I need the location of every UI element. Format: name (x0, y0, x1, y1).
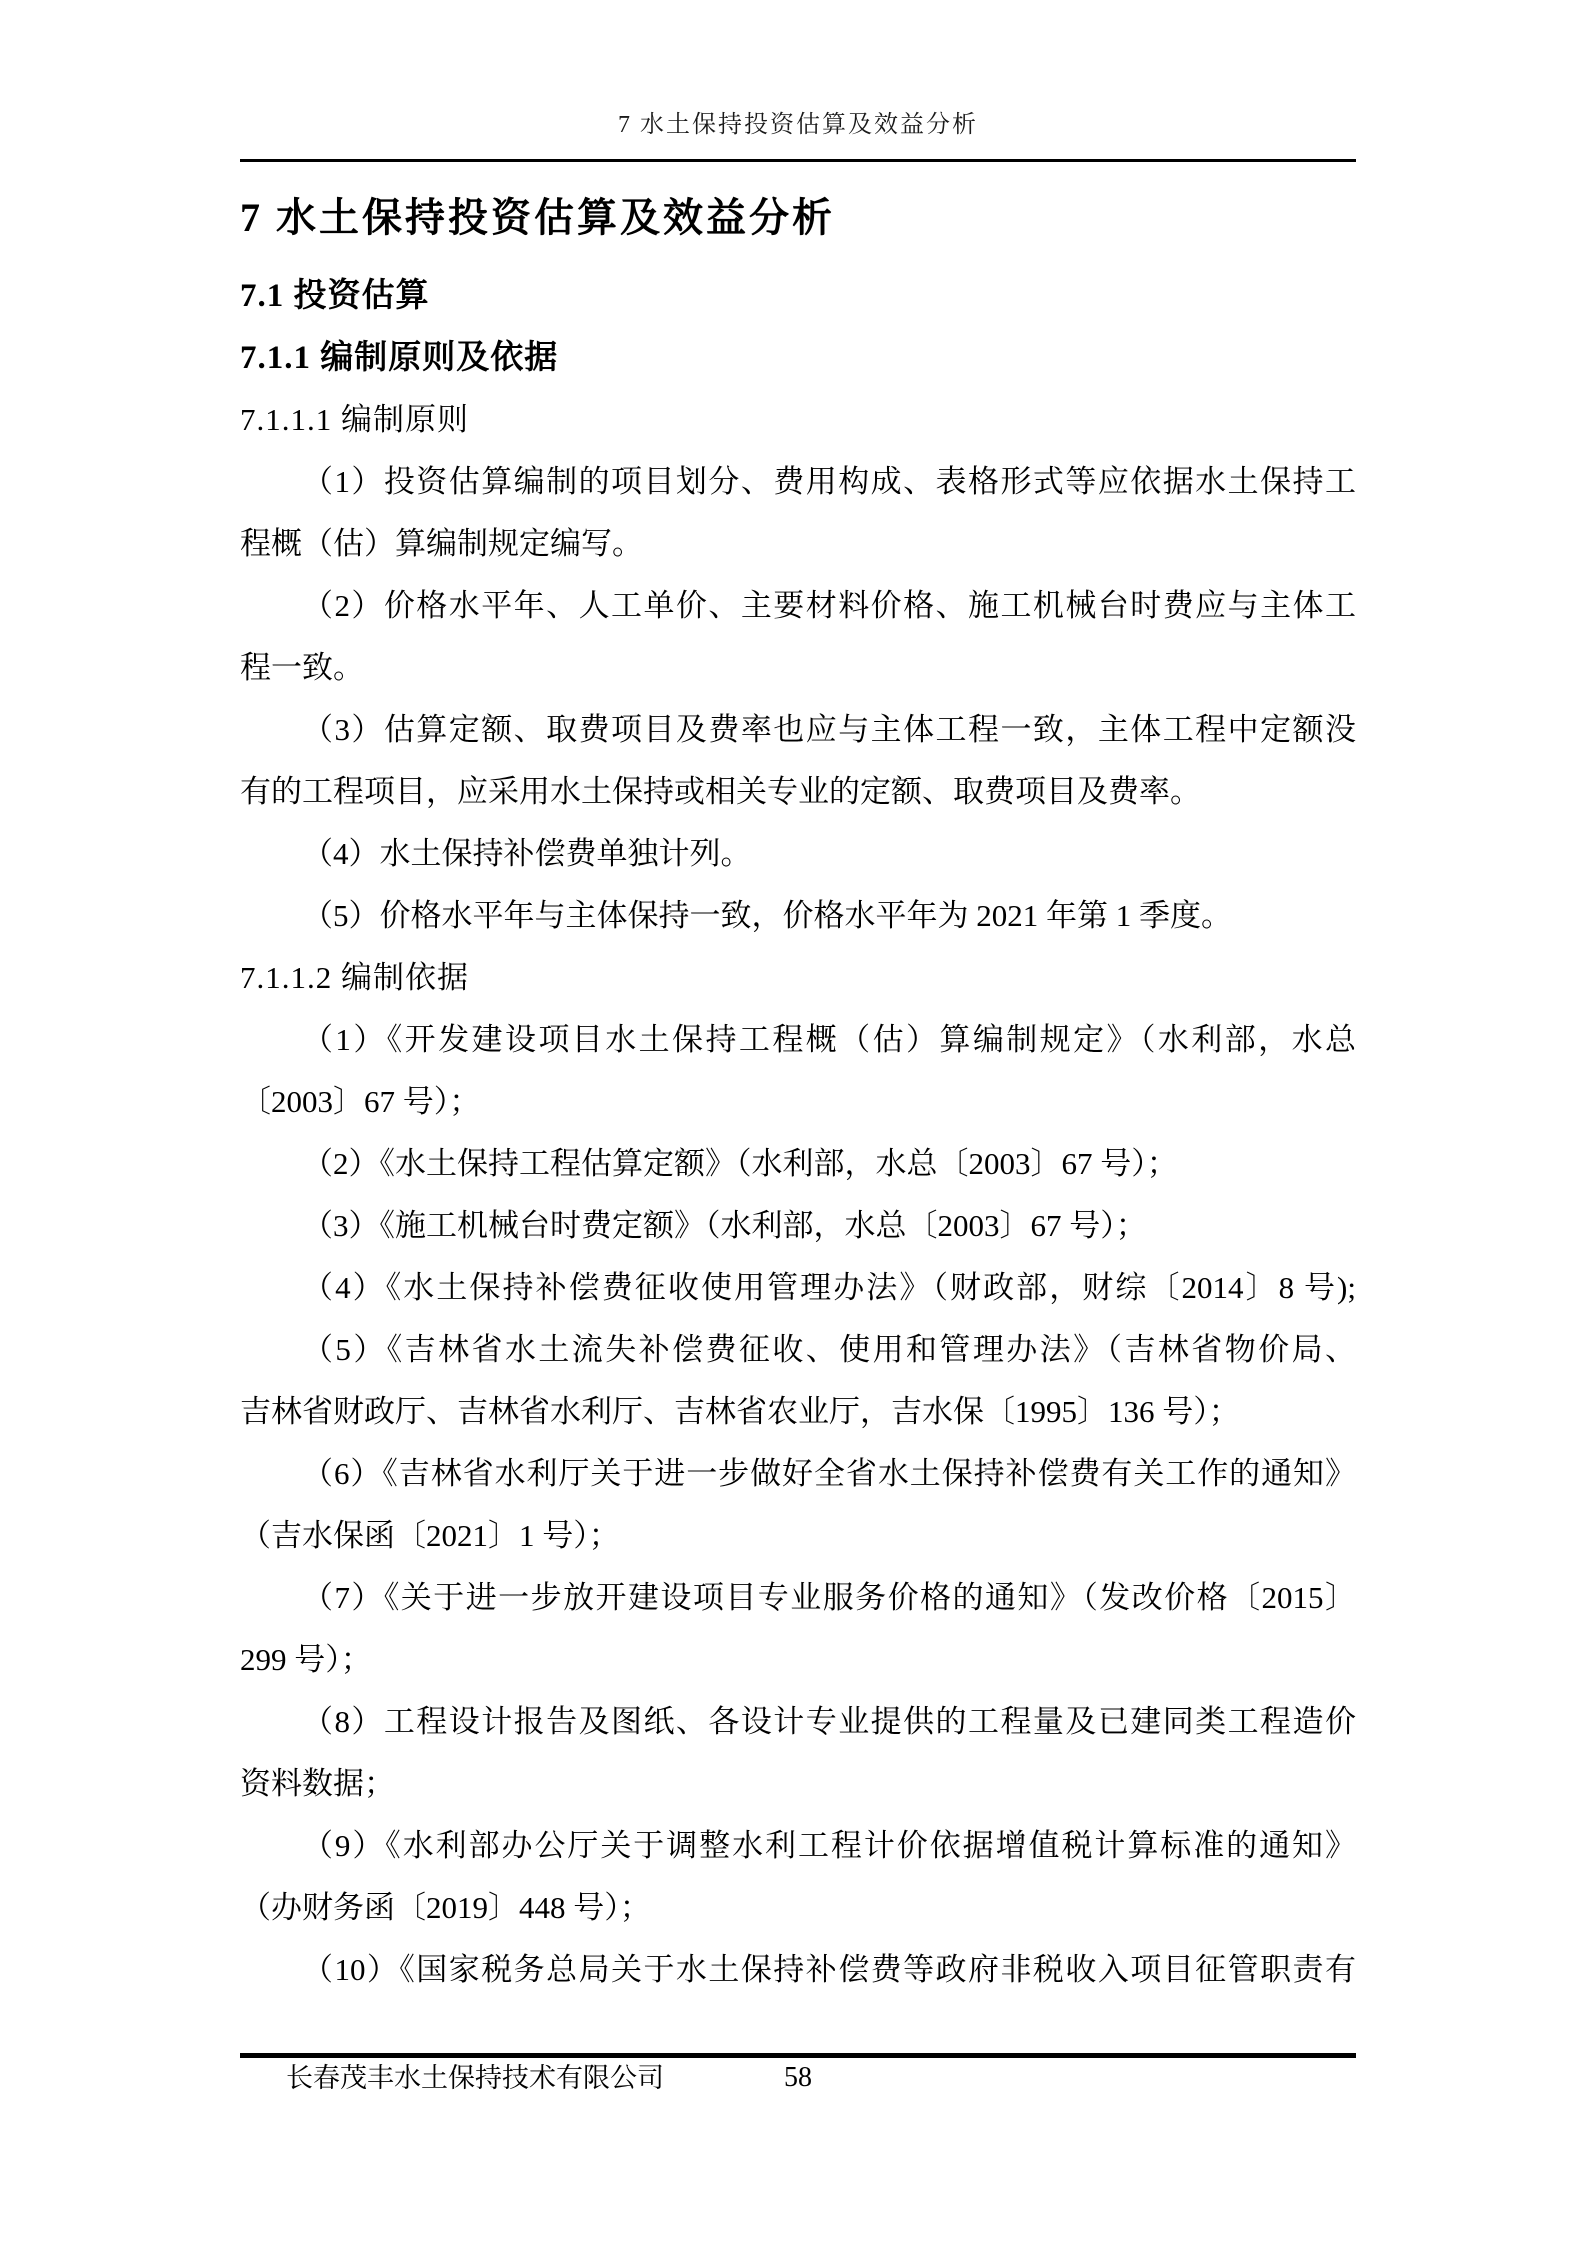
doc-line: （3）估算定额、取费项目及费率也应与主体工程一致，主体工程中定额没 (240, 699, 1356, 761)
section-heading-7-1-1: 7.1.1 编制原则及依据 (240, 327, 1356, 389)
doc-line: （9）《水利部办公厅关于调整水利工程计价依据增值税计算标准的通知》 (240, 1815, 1356, 1877)
header-rule (240, 159, 1356, 162)
doc-line: 吉林省财政厅、吉林省水利厅、吉林省农业厅，吉水保〔1995〕136 号）； (240, 1381, 1356, 1443)
doc-line: （1）投资估算编制的项目划分、费用构成、表格形式等应依据水土保持工 (240, 451, 1356, 513)
page-header-title: 7 水土保持投资估算及效益分析 (240, 110, 1356, 140)
doc-line: 资料数据； (240, 1753, 1356, 1815)
doc-line: （7）《关于进一步放开建设项目专业服务价格的通知》（发改价格〔2015〕 (240, 1567, 1356, 1629)
doc-line: （吉水保函〔2021〕1 号）； (240, 1505, 1356, 1567)
section-heading-7-1: 7.1 投资估算 (240, 265, 1356, 327)
doc-line: （2）《水土保持工程估算定额》（水利部，水总〔2003〕67 号）； (240, 1133, 1356, 1195)
doc-line: （10）《国家税务总局关于水土保持补偿费等政府非税收入项目征管职责有 (240, 1939, 1356, 2001)
doc-line: （办财务函〔2019〕448 号）； (240, 1877, 1356, 1939)
doc-line: （1）《开发建设项目水土保持工程概（估）算编制规定》（水利部，水总 (240, 1009, 1356, 1071)
doc-line: 有的工程项目，应采用水土保持或相关专业的定额、取费项目及费率。 (240, 761, 1356, 823)
doc-line: 〔2003〕67 号）； (240, 1071, 1356, 1133)
doc-line: （2）价格水平年、人工单价、主要材料价格、施工机械台时费应与主体工 (240, 575, 1356, 637)
footer-rule (240, 2053, 1356, 2058)
doc-line: 299 号）； (240, 1629, 1356, 1691)
footer-page-number: 58 (240, 2062, 1356, 2094)
doc-line: （5）价格水平年与主体保持一致，价格水平年为 2021 年第 1 季度。 (240, 885, 1356, 947)
doc-line: （8）工程设计报告及图纸、各设计专业提供的工程量及已建同类工程造价 (240, 1691, 1356, 1753)
document-page: 7 水土保持投资估算及效益分析 7 水土保持投资估算及效益分析 7.1 投资估算… (0, 0, 1587, 2245)
page-footer: 长春茂丰水土保持技术有限公司 58 (240, 2062, 1356, 2096)
doc-line: 程概（估）算编制规定编写。 (240, 513, 1356, 575)
document-body: 7 水土保持投资估算及效益分析 7.1 投资估算 7.1.1 编制原则及依据 7… (240, 186, 1356, 2001)
doc-line: （4）《水土保持补偿费征收使用管理办法》（财政部，财综〔2014〕8 号); (240, 1257, 1356, 1319)
doc-line: 程一致。 (240, 637, 1356, 699)
doc-line: （6）《吉林省水利厅关于进一步做好全省水土保持补偿费有关工作的通知》 (240, 1443, 1356, 1505)
doc-line: （4）水土保持补偿费单独计列。 (240, 823, 1356, 885)
doc-line: （5）《吉林省水土流失补偿费征收、使用和管理办法》（吉林省物价局、 (240, 1319, 1356, 1381)
section-heading-7-1-1-2: 7.1.1.2 编制依据 (240, 947, 1356, 1009)
doc-line: （3）《施工机械台时费定额》（水利部，水总〔2003〕67 号）； (240, 1195, 1356, 1257)
chapter-title: 7 水土保持投资估算及效益分析 (240, 186, 1356, 250)
section-heading-7-1-1-1: 7.1.1.1 编制原则 (240, 389, 1356, 451)
